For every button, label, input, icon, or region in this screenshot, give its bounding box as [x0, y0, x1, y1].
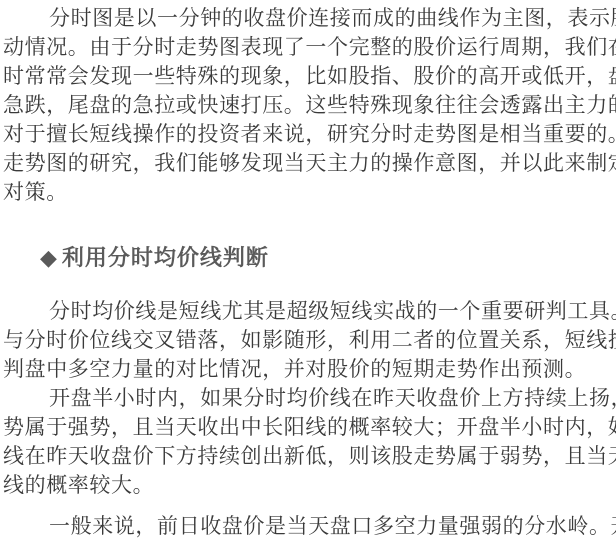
section-heading: ◆利用分时均价线判断	[40, 246, 269, 272]
text-line: 势属于强势，且当天收出中长阳线的概率较大；开盘半小时内，如果分时均价	[3, 415, 613, 439]
text-line: 走势图的研究，我们能够发现当天主力的操作意图，并以此来制定相应的操作	[3, 151, 613, 175]
text-line: 线在昨天收盘价下方持续创出新低，则该股走势属于弱势，且当天收出中长阴	[3, 444, 613, 468]
text-line: 分时均价线是短线尤其是超级短线实战的一个重要研判工具。分时均价线	[3, 299, 613, 323]
text-line: 时常常会发现一些特殊的现象，比如股指、股价的高开或低开，盘中的急拉或	[3, 64, 613, 88]
text-line: 对策。	[3, 180, 613, 204]
text-line: 线的概率较大。	[3, 473, 613, 497]
text-line: 一般来说，前日收盘价是当天盘口多空力量强弱的分水岭。开盘半小时	[3, 514, 613, 538]
document-page: 分时图是以一分钟的收盘价连接而成的曲线作为主图，表示股价一天的波 动情况。由于分…	[0, 0, 616, 547]
section-title: 利用分时均价线判断	[62, 246, 269, 271]
text-line: 动情况。由于分时走势图表现了一个完整的股价运行周期，我们在观察分时图	[3, 35, 613, 59]
text-line: 对于擅长短线操作的投资者来说，研究分时走势图是相当重要的。通过对分时	[3, 122, 613, 146]
text-line: 急跌，尾盘的急拉或快速打压。这些特殊现象往往会透露出主力的真实意图，	[3, 93, 613, 117]
text-line: 与分时价位线交叉错落，如影随形，利用二者的位置关系，短线投资者可以研	[3, 328, 613, 352]
diamond-bullet-icon: ◆	[40, 246, 58, 272]
text-line: 分时图是以一分钟的收盘价连接而成的曲线作为主图，表示股价一天的波	[3, 6, 613, 30]
text-line: 开盘半小时内，如果分时均价线在昨天收盘价上方持续上扬，那么该股走	[3, 386, 613, 410]
text-line: 判盘中多空力量的对比情况，并对股价的短期走势作出预测。	[3, 357, 613, 381]
